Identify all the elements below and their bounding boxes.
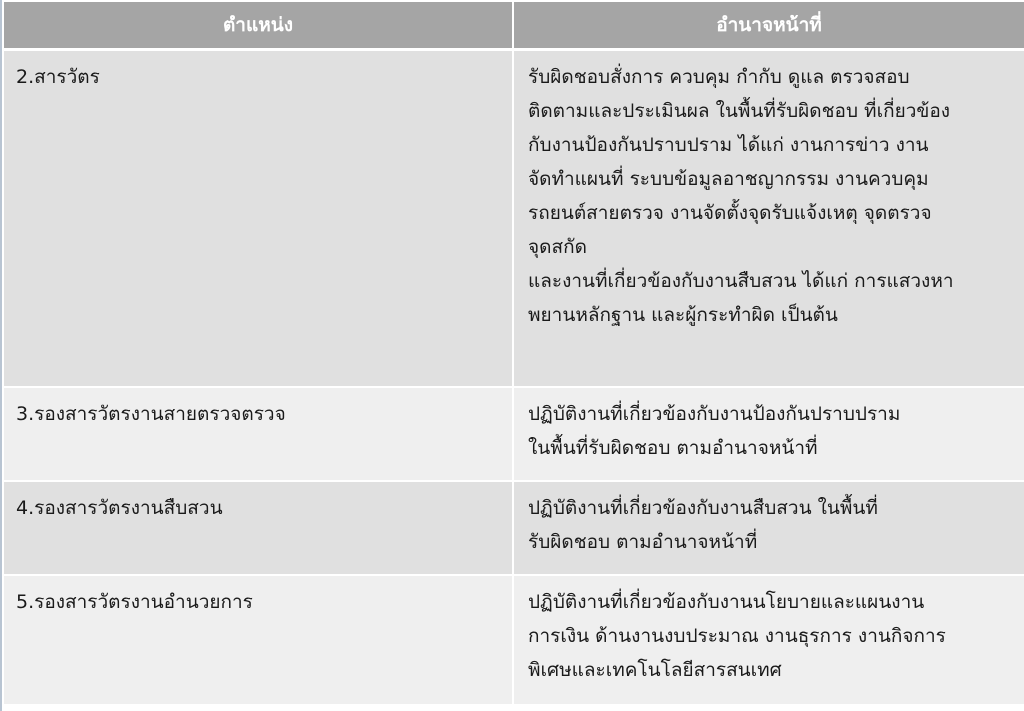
header-position: ตำแหน่ง — [4, 2, 514, 51]
table-row: 5.รองสารวัตรงานอำนวยการ ปฏิบัติงานที่เกี… — [4, 576, 1024, 706]
authority-line: รับผิดชอบ ตามอำนาจหน้าที่ — [528, 525, 1016, 559]
authority-cell: ปฏิบัติงานที่เกี่ยวข้องกับงานนโยบายและแผ… — [514, 576, 1024, 706]
authority-cell: รับผิดชอบสั่งการ ควบคุม กำกับ ดูแล ตรวจส… — [514, 51, 1024, 388]
position-cell: 2.สารวัตร — [4, 51, 514, 388]
document-frame: ตำแหน่ง อำนาจหน้าที่ 2.สารวัตร รับผิดชอบ… — [0, 0, 1024, 711]
authority-line: การเงิน ด้านงานงบประมาณ งานธุรการ งานกิจ… — [528, 619, 1016, 653]
authority-line: พยานหลักฐาน และผู้กระทำผิด เป็นต้น — [528, 298, 1016, 332]
authority-cell: ปฏิบัติงานที่เกี่ยวข้องกับงานป้องกันปราบ… — [514, 388, 1024, 482]
authority-line: ปฏิบัติงานที่เกี่ยวข้องกับงานป้องกันปราบ… — [528, 397, 1016, 431]
authority-cell: ปฏิบัติงานที่เกี่ยวข้องกับงานสืบสวน ในพื… — [514, 482, 1024, 576]
position-cell: 4.รองสารวัตรงานสืบสวน — [4, 482, 514, 576]
authority-line: ปฏิบัติงานที่เกี่ยวข้องกับงานสืบสวน ในพื… — [528, 491, 1016, 525]
header-authority: อำนาจหน้าที่ — [514, 2, 1024, 51]
position-cell: 3.รองสารวัตรงานสายตรวจตรวจ — [4, 388, 514, 482]
table-header-row: ตำแหน่ง อำนาจหน้าที่ — [4, 2, 1024, 51]
table-row: 2.สารวัตร รับผิดชอบสั่งการ ควบคุม กำกับ … — [4, 51, 1024, 388]
position-cell: 5.รองสารวัตรงานอำนวยการ — [4, 576, 514, 706]
authority-line: รับผิดชอบสั่งการ ควบคุม กำกับ ดูแล ตรวจส… — [528, 60, 1016, 94]
duties-table: ตำแหน่ง อำนาจหน้าที่ 2.สารวัตร รับผิดชอบ… — [4, 2, 1024, 706]
authority-line: ปฏิบัติงานที่เกี่ยวข้องกับงานนโยบายและแผ… — [528, 585, 1016, 619]
table-row: 4.รองสารวัตรงานสืบสวน ปฏิบัติงานที่เกี่ย… — [4, 482, 1024, 576]
table-row: 3.รองสารวัตรงานสายตรวจตรวจ ปฏิบัติงานที่… — [4, 388, 1024, 482]
authority-line: ในพื้นที่รับผิดชอบ ตามอำนาจหน้าที่ — [528, 431, 1016, 465]
authority-line: จุดสกัด — [528, 230, 1016, 264]
authority-line: จัดทำแผนที่ ระบบข้อมูลอาชญากรรม งานควบคุ… — [528, 162, 1016, 196]
authority-line: และงานที่เกี่ยวข้องกับงานสืบสวน ได้แก่ ก… — [528, 264, 1016, 298]
authority-line: กับงานป้องกันปราบปราม ได้แก่ งานการข่าว … — [528, 128, 1016, 162]
authority-line: ติดตามและประเมินผล ในพื้นที่รับผิดชอบ ที… — [528, 94, 1016, 128]
authority-line: รถยนต์สายตรวจ งานจัดตั้งจุดรับแจ้งเหตุ จ… — [528, 196, 1016, 230]
authority-line: พิเศษและเทคโนโลยีสารสนเทศ — [528, 653, 1016, 687]
